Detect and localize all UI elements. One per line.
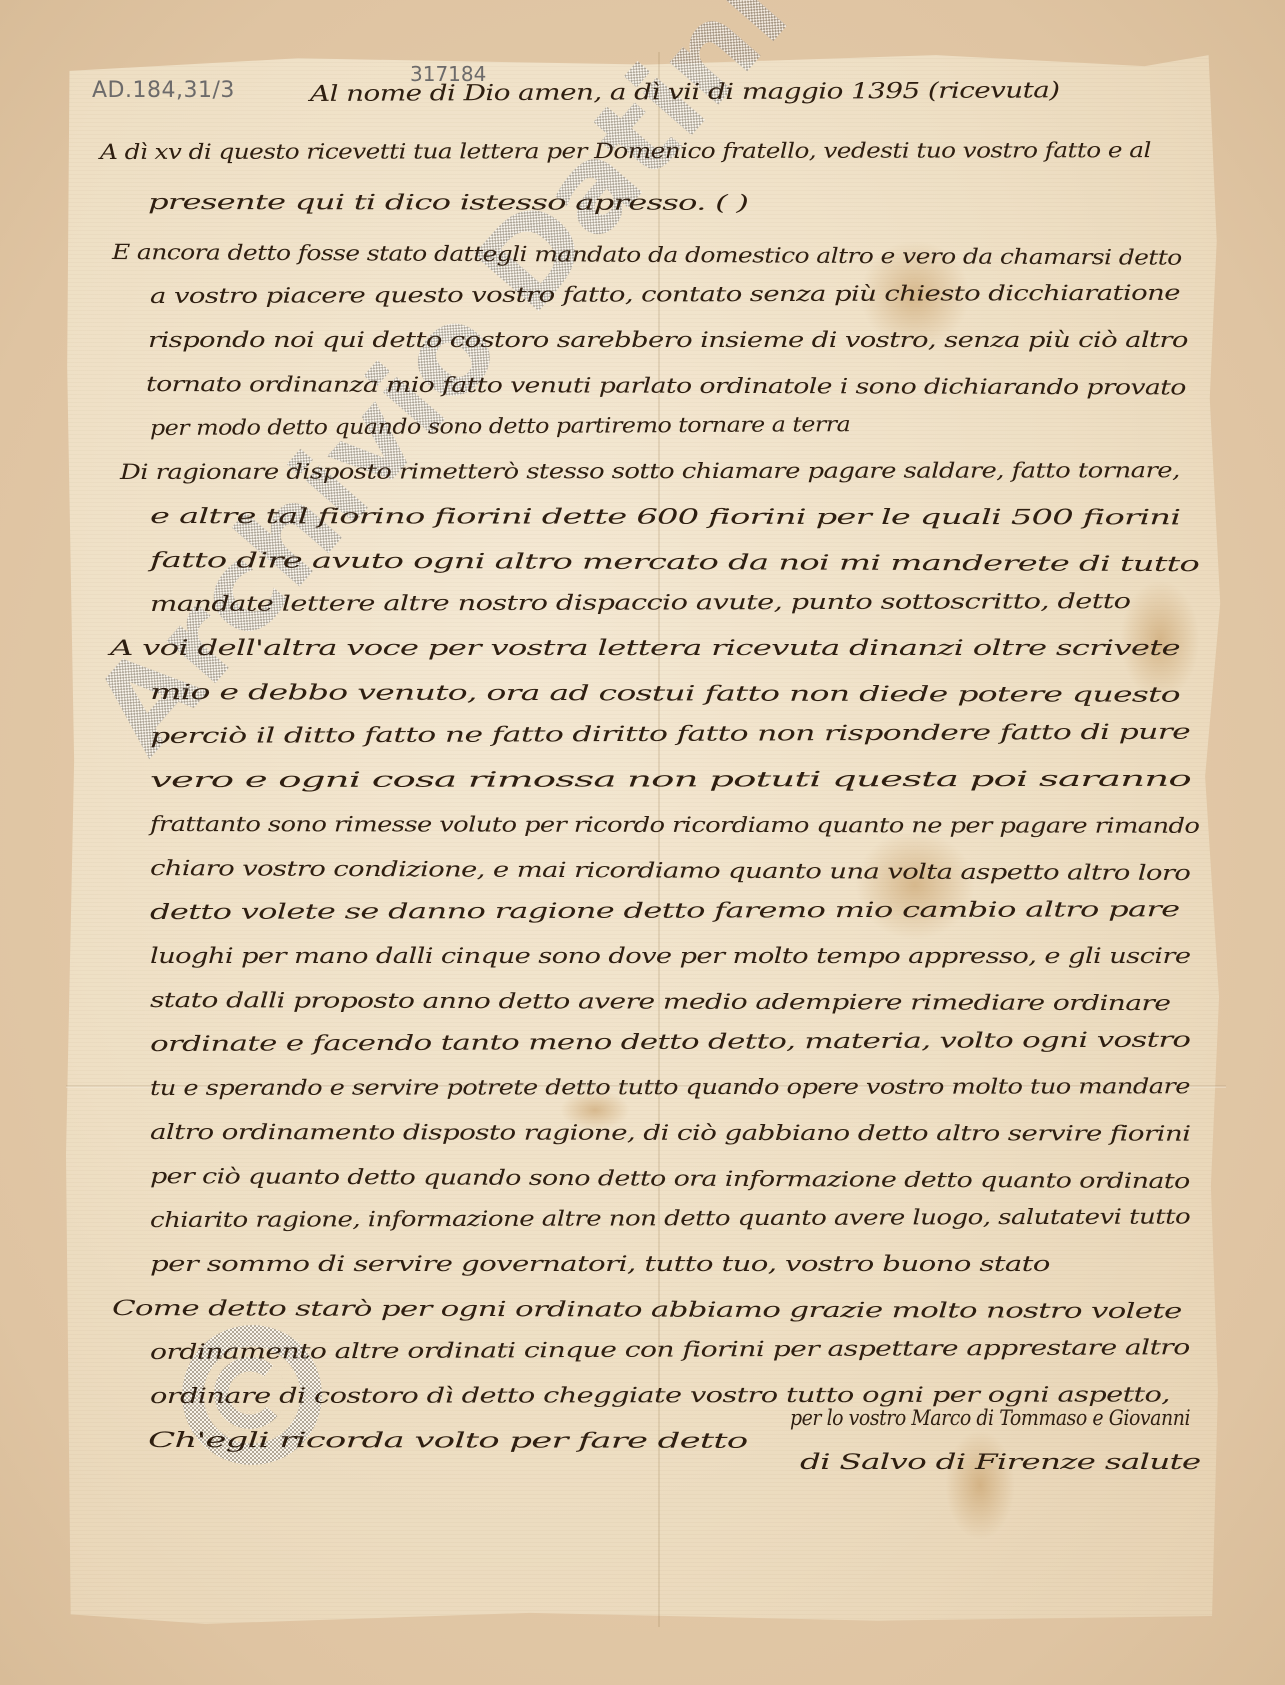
manuscript-line: rispondo noi qui detto costoro sarebbero…: [148, 328, 1188, 352]
manuscript-line: per modo detto quando sono detto partire…: [150, 412, 850, 440]
manuscript-line: a vostro piacere questo vostro fatto, co…: [150, 281, 1180, 308]
manuscript-line: Come detto starò per ogni ordinato abbia…: [112, 1296, 1182, 1323]
manuscript-line: per sommo di servire governatori, tutto …: [150, 1252, 1050, 1276]
manuscript-line: stato dalli proposto anno detto avere me…: [150, 988, 1170, 1015]
manuscript-line: Di ragionare disposto rimetterò stesso s…: [120, 458, 1180, 484]
archive-reference: AD.184,31/3: [92, 78, 235, 103]
manuscript-line: Al nome di Dio amen, a dì vii di maggio …: [310, 78, 1060, 107]
manuscript-line: luoghi per mano dalli cinque sono dove p…: [150, 944, 1190, 968]
manuscript-line: chiarito ragione, informazione altre non…: [150, 1205, 1190, 1232]
manuscript-line: ordinamento altre ordinati cinque con fi…: [150, 1335, 1190, 1364]
foxing-stain: [945, 1430, 1015, 1540]
manuscript-line: mandate lettere altre nostro dispaccio a…: [150, 589, 1131, 616]
signature-line-2: di Salvo di Firenze salute: [800, 1450, 1200, 1474]
manuscript-line: A dì xv di questo ricevetti tua lettera …: [100, 138, 1151, 164]
manuscript-line: frattanto sono rimesse voluto per ricord…: [150, 812, 1199, 838]
manuscript-line: ordinate e facendo tanto meno detto dett…: [150, 1028, 1191, 1056]
manuscript-line: e altre tal fiorino fiorini dette 600 fi…: [150, 504, 1180, 529]
manuscript-line: A voi dell'altra voce per vostra lettera…: [110, 636, 1180, 660]
foxing-stain: [855, 830, 975, 940]
manuscript-line: altro ordinamento disposto ragione, di c…: [150, 1120, 1190, 1146]
signature-line-1: per lo vostro Marco di Tommaso e Giovann…: [790, 1406, 1190, 1430]
manuscript-line: detto volete se danno ragione detto fare…: [150, 897, 1180, 924]
manuscript-line: vero e ogni cosa rimossa non potuti ques…: [150, 767, 1191, 792]
manuscript-line: fatto dire avuto ogni altro mercato da n…: [150, 548, 1199, 576]
manuscript-line: mio e debbo venuto, ora ad costui fatto …: [150, 680, 1180, 707]
manuscript-line: chiaro vostro condizione, e mai ricordia…: [150, 856, 1190, 885]
manuscript-line: ordinare di costoro dì detto cheggiate v…: [150, 1382, 1170, 1408]
manuscript-line: presente qui ti dico istesso apresso. ( …: [148, 190, 748, 215]
manuscript-line: Ch'egli ricorda volto per fare detto: [148, 1428, 747, 1453]
manuscript-line: perciò il ditto fatto ne fatto diritto f…: [150, 720, 1190, 748]
manuscript-line: tu e sperando e servire potrete detto tu…: [150, 1074, 1190, 1100]
manuscript-line: per ciò quanto detto quando sono detto o…: [150, 1164, 1190, 1193]
manuscript-line: tornato ordinanza mio fatto venuti parla…: [146, 372, 1186, 399]
